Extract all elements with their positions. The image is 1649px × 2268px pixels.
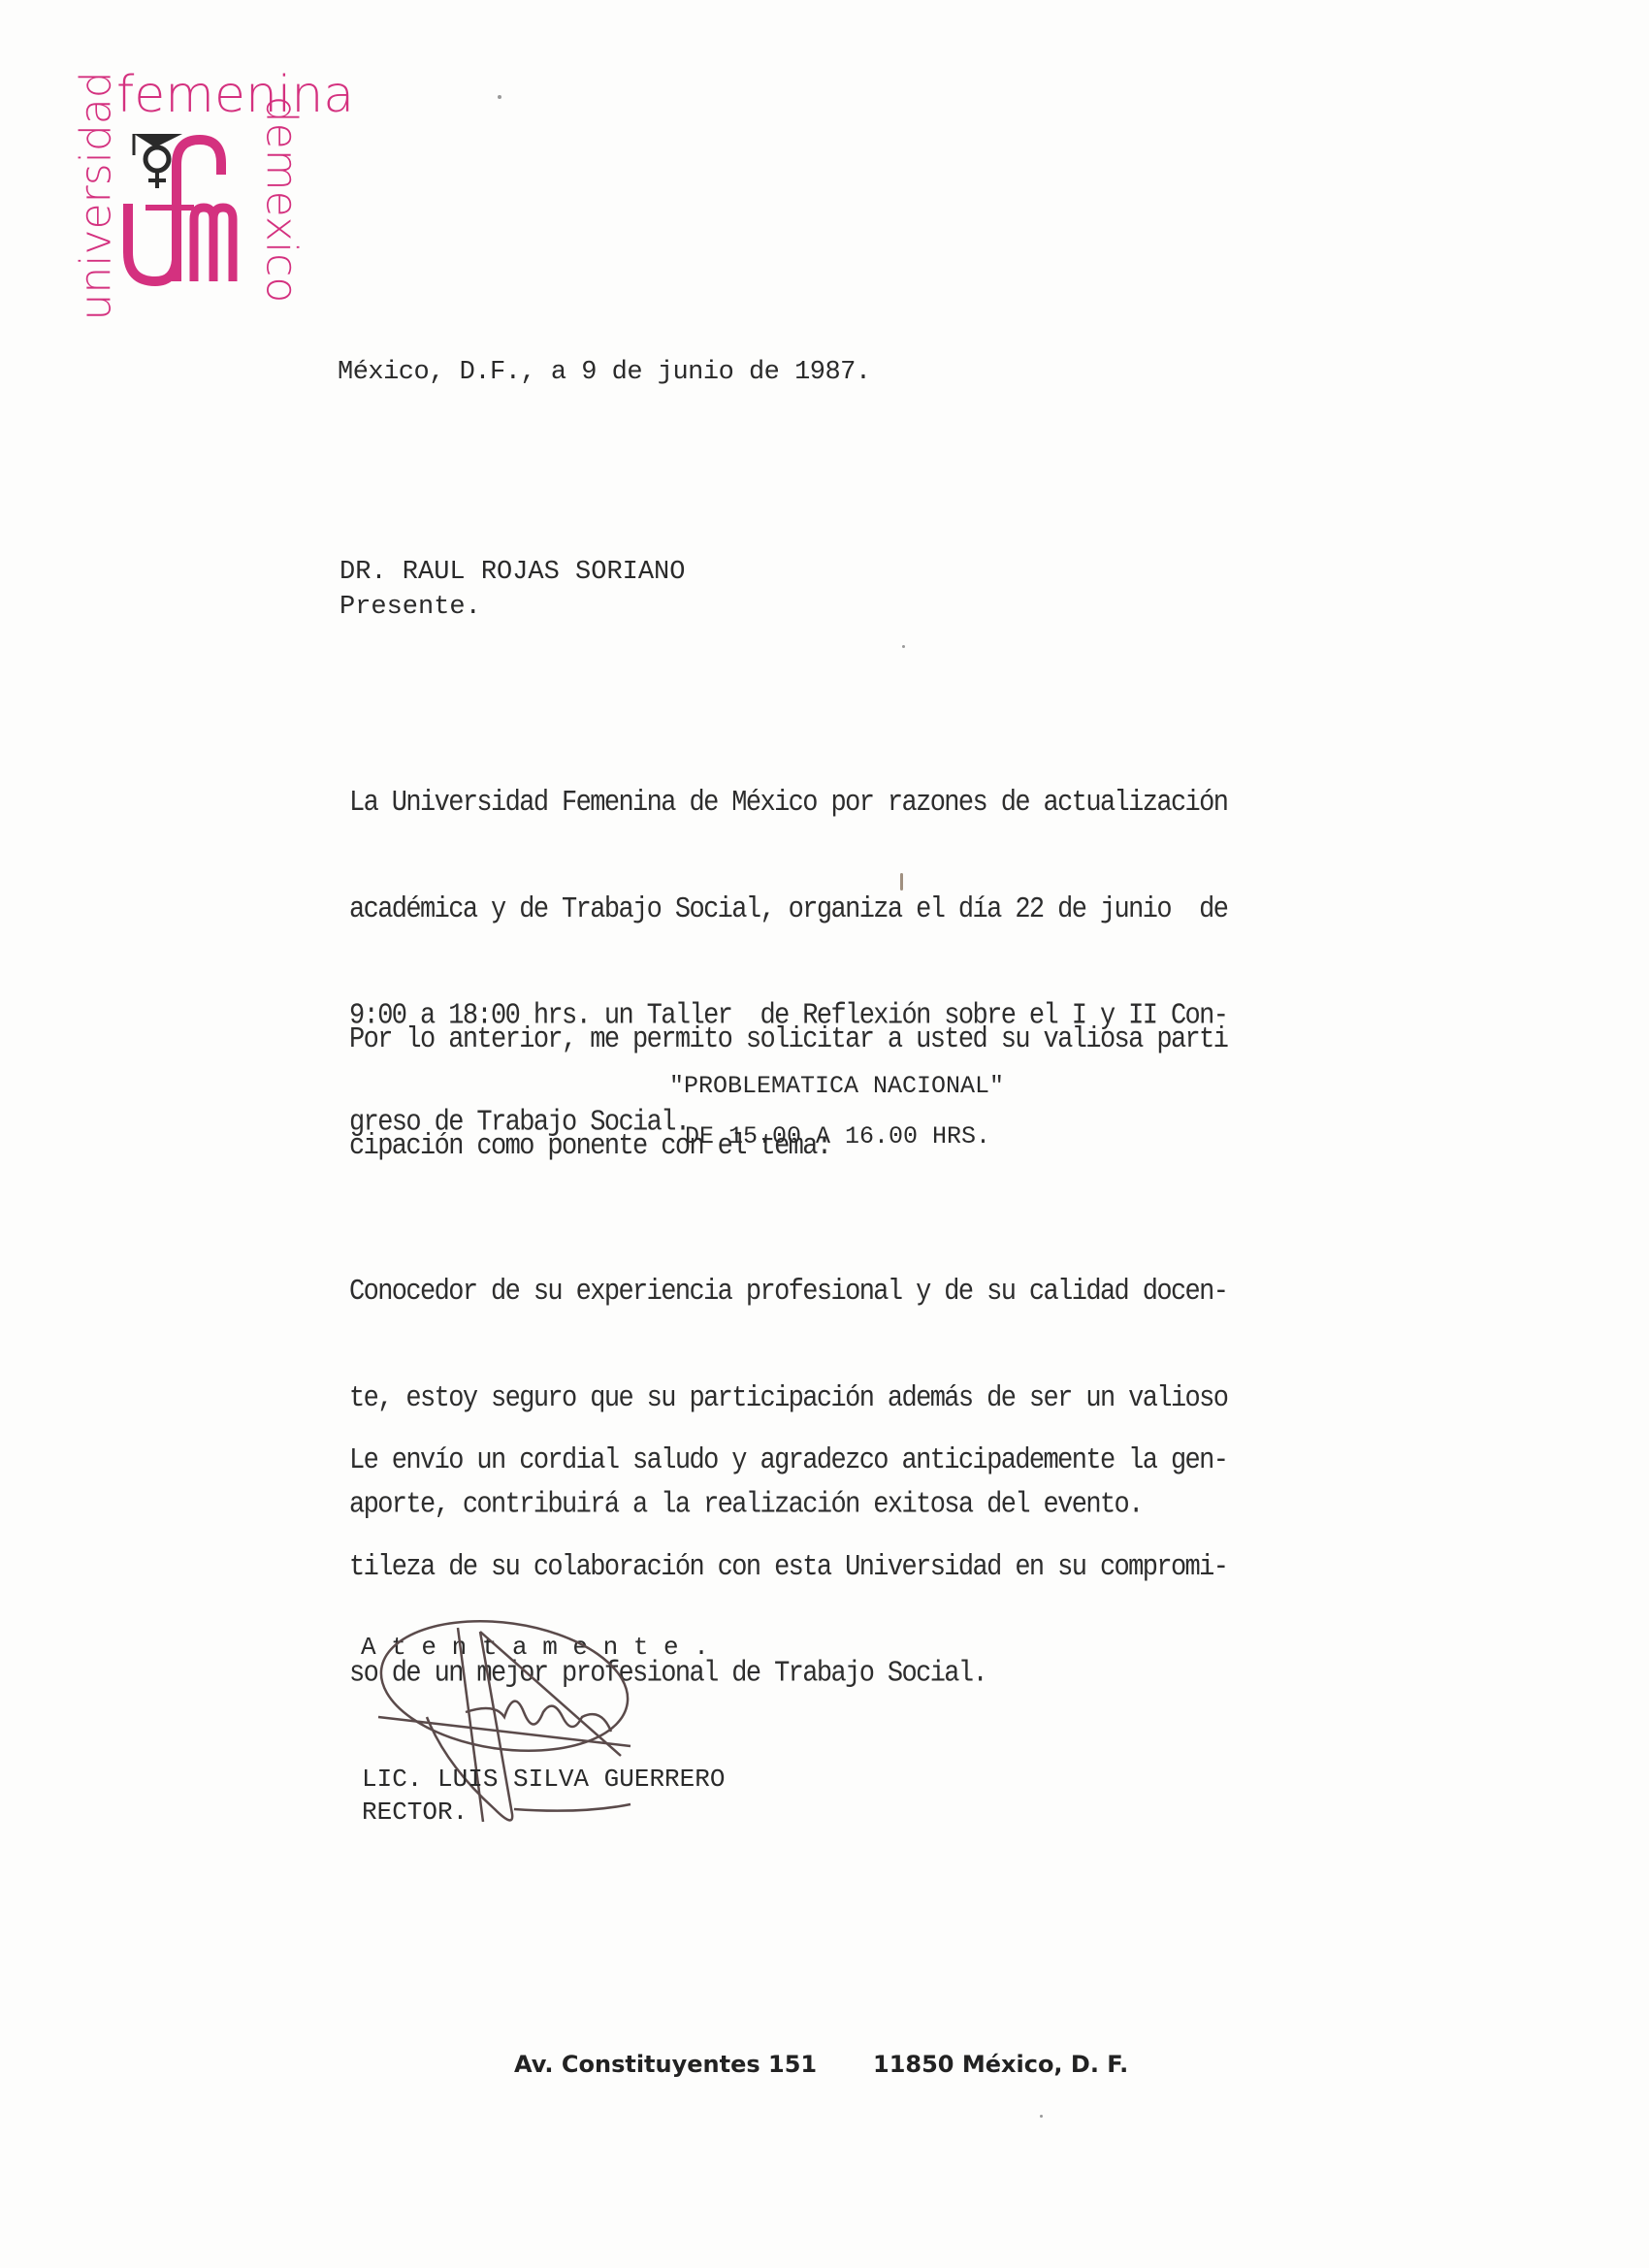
recipient-salutation: Presente. <box>339 590 481 625</box>
recipient-name: DR. RAUL ROJAS SORIANO <box>339 555 685 590</box>
footer-city: 11850 México, D. F. <box>873 2051 1128 2078</box>
scan-speck <box>902 645 905 648</box>
date-line: México, D.F., a 9 de junio de 1987. <box>338 355 871 390</box>
topic-schedule: DE 15.00 A 16.00 HRS. <box>685 1119 990 1154</box>
scan-speck <box>900 873 903 891</box>
scan-speck <box>1040 2115 1043 2118</box>
text-line: académica y de Trabajo Social, organiza … <box>349 890 1227 931</box>
logo-word-top: femenina <box>116 70 354 120</box>
letter-page: femenina universidad demexico México, D.… <box>0 0 1649 2268</box>
logo-word-right: demexico <box>257 79 307 321</box>
text-line: tileza de su colaboración con esta Unive… <box>349 1547 1227 1589</box>
footer-address: Av. Constituyentes 151 <box>514 2051 817 2078</box>
text-line: La Universidad Femenina de México por ra… <box>349 783 1227 825</box>
text-line: Le envío un cordial saludo y agradezco a… <box>349 1441 1227 1482</box>
university-logo: femenina universidad demexico <box>39 68 291 301</box>
scan-speck <box>498 95 501 99</box>
ufm-monogram-icon <box>107 126 242 291</box>
text-line: Por lo anterior, me permito solicitar a … <box>349 1020 1227 1061</box>
signer-name: LIC. LUIS SILVA GUERRERO <box>362 1762 725 1797</box>
topic-title: "PROBLEMATICA NACIONAL" <box>669 1069 1004 1104</box>
signer-title: RECTOR. <box>362 1795 468 1830</box>
text-line: Conocedor de su experiencia profesional … <box>349 1272 1227 1313</box>
